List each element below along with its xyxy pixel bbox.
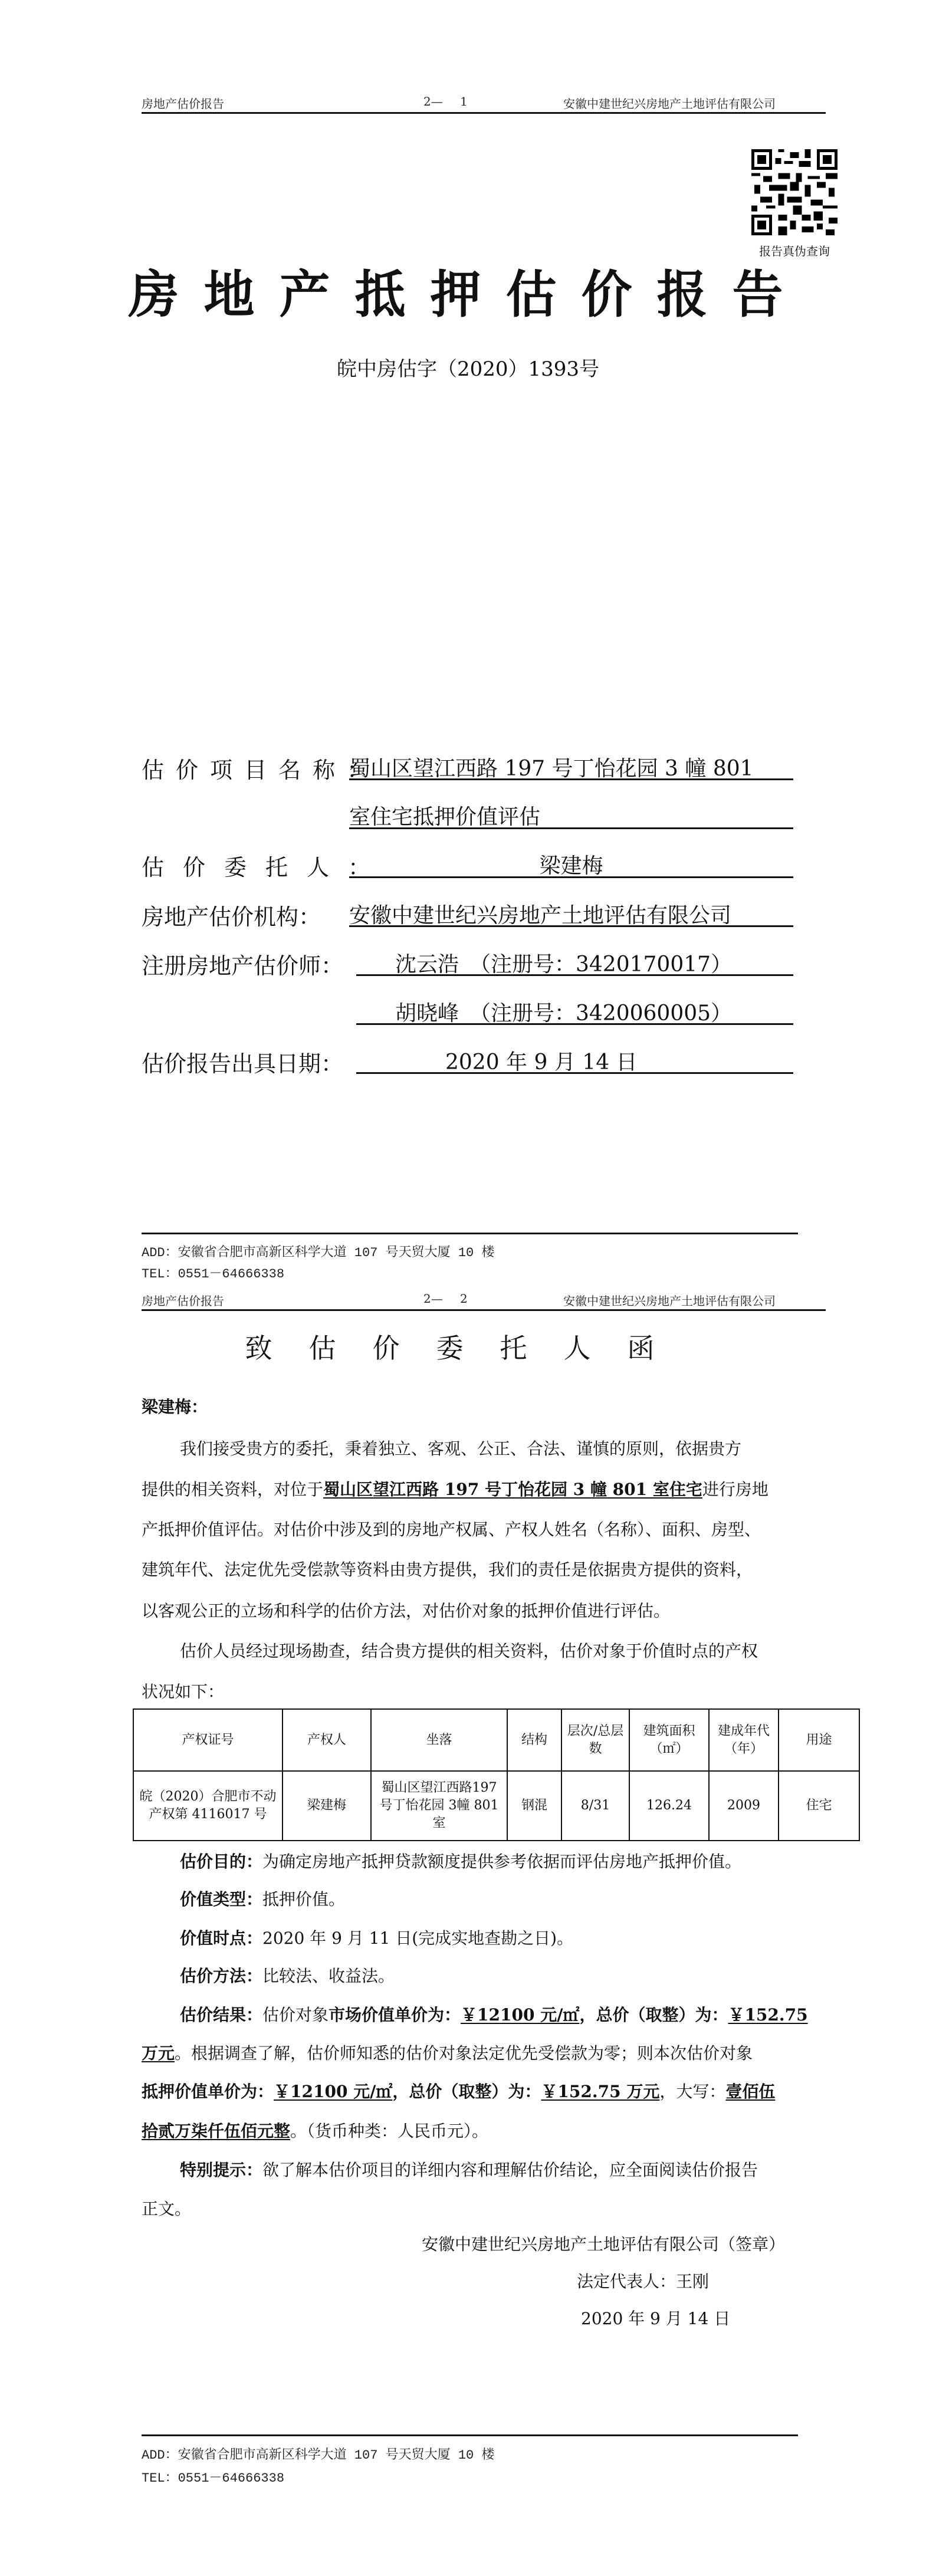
signing-date: 2020 年 9 月 14 日 (581, 2311, 730, 2327)
table-cell: 皖（2020）合肥市不动产权第 4116017 号 (133, 1771, 283, 1841)
table-header: 建成年代（年） (709, 1709, 779, 1771)
value-date-value: 2020 年 9 月 11 日(完成实地查勘之日)。 (262, 1928, 573, 1948)
table-header: 用途 (779, 1709, 859, 1771)
legal-representative: 法定代表人：王刚 (577, 2273, 709, 2290)
text: ，大写： (659, 2082, 725, 2101)
table-cell: 2009 (709, 1771, 779, 1841)
footer-address: ADD：安徽省合肥市高新区科学大道 107 号天贸大厦 10 楼 (142, 2444, 494, 2463)
table-header: 坐落 (371, 1709, 507, 1771)
page-header-right: 安徽中建世纪兴房地产土地评估有限公司 (563, 94, 776, 111)
result-line3: 抵押价值单价为：￥12100 元/㎡，总价（取整）为：￥152.75 万元，大写… (142, 2084, 775, 2100)
text: 市场价值单价为： (329, 2005, 461, 2025)
value-date-line: 价值时点：2020 年 9 月 11 日(完成实地查勘之日)。 (180, 1930, 573, 1947)
result-line1: 估价结果：估价对象市场价值单价为：￥12100 元/㎡，总价（取整）为：￥152… (180, 2007, 808, 2023)
table-row: 皖（2020）合肥市不动产权第 4116017 号 梁建梅 蜀山区望江西路197… (133, 1771, 859, 1841)
qr-code-icon[interactable] (751, 149, 838, 235)
footer-phone: TEL：0551－64666338 (142, 2467, 284, 2486)
value-type-line: 价值类型：抵押价值。 (180, 1891, 345, 1908)
property-table: 产权证号 产权人 坐落 结构 层次/总层数 建筑面积（㎡） 建成年代（年） 用途… (133, 1708, 860, 1841)
table-cell: 住宅 (779, 1771, 859, 1841)
text: 欲了解本估价项目的详细内容和理解估价结论，应全面阅读估价报告 (262, 2160, 758, 2180)
page-number-prefix: 2— (423, 94, 443, 109)
text: 。根据调查了解，估价师知悉的估价对象法定优先受偿款为零；则本次估价对象 (175, 2043, 753, 2063)
amount-in-words: 壹佰伍 (725, 2082, 775, 2101)
report-date-value: 2020 年 9 月 14 日 (445, 1046, 638, 1076)
mortgage-unit-price: ￥12100 元/㎡ (274, 2082, 392, 2101)
underline (356, 974, 793, 976)
agency-label: 房地产估价机构： (142, 899, 321, 931)
para2-line1: 估价人员经过现场勘查，结合贵方提供的相关资料，估价对象于价值时点的产权 (180, 1643, 758, 1660)
notice-line2: 正文。 (142, 2201, 191, 2217)
result-line4: 拾贰万柒仟伍佰元整。（货币种类：人民币元）。 (142, 2123, 488, 2140)
result-label: 估价结果： (180, 2005, 262, 2025)
text: 。（货币种类：人民币元）。 (290, 2121, 488, 2141)
underline (356, 1023, 793, 1025)
text: ，总价（取整）为： (579, 2005, 728, 2025)
footer-address: ADD：安徽省合肥市高新区科学大道 107 号天贸大厦 10 楼 (142, 1242, 494, 1260)
purpose-label: 估价目的： (180, 1852, 262, 1871)
value-type-value: 抵押价值。 (262, 1890, 345, 1909)
para1-line1: 我们接受贵方的委托，秉着独立、客观、公正、合法、谨慎的原则，依据贵方 (180, 1441, 741, 1457)
appraiser-2: 胡晓峰 （注册号：3420060005） (395, 997, 732, 1027)
value-date-label: 价值时点： (180, 1928, 262, 1948)
underline (349, 827, 793, 829)
notice-line1: 特别提示：欲了解本估价项目的详细内容和理解估价结论，应全面阅读估价报告 (180, 2162, 758, 2179)
result-line2: 万元。根据调查了解，估价师知悉的估价对象法定优先受偿款为零；则本次估价对象 (142, 2045, 753, 2062)
market-total-price: ￥152.75 (728, 2005, 807, 2025)
header-divider (142, 112, 826, 114)
page-number: 1 (460, 94, 468, 109)
appraiser-1: 沈云浩 （注册号：3420170017） (395, 948, 732, 978)
page-number-prefix: 2— (423, 1292, 443, 1306)
underline (349, 876, 793, 878)
method-value: 比较法、收益法。 (262, 1966, 395, 1986)
method-label: 估价方法： (180, 1966, 262, 1986)
text: 提供的相关资料，对位于 (142, 1480, 323, 1499)
table-cell: 蜀山区望江西路197 号丁怡花园 3幢 801 室 (371, 1771, 507, 1841)
value-type-label: 价值类型： (180, 1890, 262, 1909)
para2-line2: 状况如下： (142, 1684, 224, 1700)
market-total-unit: 万元 (142, 2043, 175, 2063)
underline (349, 778, 793, 780)
table-header: 建筑面积（㎡） (629, 1709, 709, 1771)
table-header: 产权证号 (133, 1709, 283, 1771)
page-header-right: 安徽中建世纪兴房地产土地评估有限公司 (563, 1292, 776, 1309)
page-header-left: 房地产估价报告 (142, 1292, 224, 1309)
footer-divider (142, 1233, 798, 1234)
footer-phone: TEL：0551－64666338 (142, 1263, 284, 1282)
purpose-value: 为确定房地产抵押贷款额度提供参考依据而评估房地产抵押价值。 (262, 1852, 741, 1871)
letter-title: 致估价委托人函 (0, 1327, 936, 1366)
text: 估价对象 (262, 2005, 329, 2025)
text: ，总价（取整）为： (392, 2082, 541, 2101)
table-header: 层次/总层数 (561, 1709, 629, 1771)
amount-in-words: 拾贰万柒仟伍佰元整 (142, 2121, 290, 2141)
mortgage-total-price: ￥152.75 万元 (541, 2082, 659, 2101)
report-date-label: 估价报告出具日期： (142, 1046, 343, 1078)
table-cell: 梁建梅 (283, 1771, 371, 1841)
table-cell: 8/31 (561, 1771, 629, 1841)
project-name-value-line1: 蜀山区望江西路 197 号丁怡花园 3 幢 801 (349, 752, 754, 782)
appraiser-label: 注册房地产估价师： (142, 948, 343, 980)
agency-value: 安徽中建世纪兴房地产土地评估有限公司 (349, 899, 731, 929)
table-cell: 126.24 (629, 1771, 709, 1841)
method-line: 估价方法：比较法、收益法。 (180, 1968, 395, 1984)
project-name-label: 估价项目名称： (142, 752, 381, 784)
page-number: 2 (460, 1292, 468, 1306)
table-header: 结构 (507, 1709, 561, 1771)
header-divider (142, 1309, 826, 1311)
text: 进行房地 (702, 1480, 768, 1499)
salutation: 梁建梅： (142, 1399, 208, 1415)
table-header-row: 产权证号 产权人 坐落 结构 层次/总层数 建筑面积（㎡） 建成年代（年） 用途 (133, 1709, 859, 1771)
property-address: 蜀山区望江西路 197 号丁怡花园 3 幢 801 室住宅 (323, 1480, 702, 1499)
market-unit-price: ￥12100 元/㎡ (461, 2005, 579, 2025)
project-name-value-line2: 室住宅抵押价值评估 (349, 800, 540, 830)
para1-line4: 建筑年代、法定优先受偿款等资料由贵方提供，我们的责任是依据贵方提供的资料， (142, 1562, 753, 1578)
text: 抵押价值单价为： (142, 2082, 274, 2101)
para1-line3: 产抵押价值评估。对估价中涉及到的房地产权属、产权人姓名（名称）、面积、房型、 (142, 1522, 761, 1538)
table-header: 产权人 (283, 1709, 371, 1771)
notice-label: 特别提示： (180, 2160, 262, 2180)
report-title: 房地产抵押估价报告 (0, 254, 936, 327)
para1-line2: 提供的相关资料，对位于蜀山区望江西路 197 号丁怡花园 3 幢 801 室住宅… (142, 1481, 768, 1498)
table-cell: 钢混 (507, 1771, 561, 1841)
purpose-line: 估价目的：为确定房地产抵押贷款额度提供参考依据而评估房地产抵押价值。 (180, 1854, 741, 1870)
underline (356, 1072, 793, 1074)
page-header-left: 房地产估价报告 (142, 94, 224, 111)
para1-line5: 以客观公正的立场和科学的估价方法，对估价对象的抵押价值进行评估。 (142, 1603, 670, 1619)
footer-divider (142, 2434, 798, 2436)
signing-company: 安徽中建世纪兴房地产土地评估有限公司（签章） (422, 2236, 785, 2253)
document-number: 皖中房估字（2020）1393号 (0, 353, 936, 382)
underline (349, 925, 793, 927)
client-value: 梁建梅 (349, 849, 793, 879)
